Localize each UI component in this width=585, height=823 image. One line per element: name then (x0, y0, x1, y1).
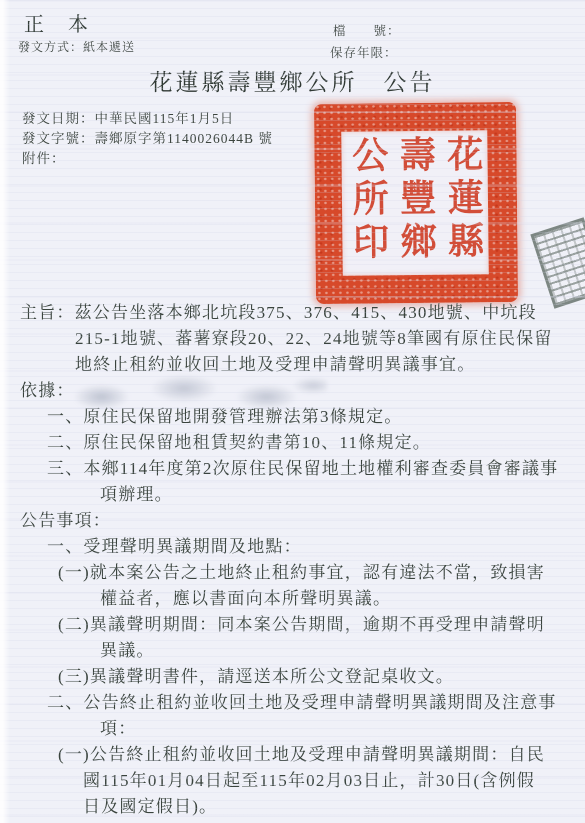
document-title: 花蓮縣壽豐鄉公所 公告 (0, 64, 585, 97)
basis-item: 二、原住民保留地租賃契約書第10、11條規定。 (20, 430, 571, 456)
retention-period-label: 保存年限： (330, 43, 398, 61)
matters-header: 公告事項： (20, 508, 571, 534)
matters-subitem: (二)異議聲明期間：同本案公告期間，逾期不再受理申請聲明 (20, 612, 571, 638)
matters-subitem: (一)就本案公告之土地終止租約事宜，認有違法不當，致損害 (20, 560, 571, 586)
matters-subitem-wrap: 異議。 (20, 638, 571, 664)
seal-inner-face: 花蓮縣壽豐鄉公所印 (341, 130, 488, 276)
basis-header: 依據： (20, 378, 571, 404)
basis-item-wrap: 項辦理。 (20, 482, 571, 508)
matters-subitem-wrap: 權益者，應以書面向本所聲明異議。 (20, 586, 571, 612)
seal-script-text: 花蓮縣壽豐鄉公所印 (343, 134, 487, 271)
matters-subitem: (一)公告終止租約並收回土地及受理申請聲明異議期間：自民 (20, 742, 571, 768)
issue-date: 發文日期：中華民國115年1月5日 (22, 107, 234, 127)
attachment-label: 附件： (22, 147, 66, 167)
basis-item: 三、本鄉114年度第2次原住民保留地土地權利審查委員會審議事 (20, 456, 571, 482)
file-number-label: 檔 號： (333, 21, 401, 39)
official-red-seal: 花蓮縣壽豐鄉公所印 (314, 102, 518, 304)
matters-subitem-wrap: 國115年01月04日起至115年02月03日止，計30日(含例假 (20, 768, 571, 794)
subject-line: 主旨：茲公告坐落本鄉北坑段375、376、415、430地號、中坑段 (20, 300, 571, 326)
document-number: 發文字號：壽鄉原字第1140026044B 號 (22, 127, 273, 147)
matters-subitem-wrap: 日及國定假日)。 (20, 794, 571, 820)
basis-item: 一、原住民保留地開發管理辦法第3條規定。 (20, 404, 571, 430)
delivery-method-label: 發文方式：紙本遞送 (18, 38, 135, 55)
scanned-announcement-page: 正 本 發文方式：紙本遞送 檔 號： 保存年限： 花蓮縣壽豐鄉公所 公告 發文日… (0, 0, 585, 823)
announcement-body: 主旨：茲公告坐落本鄉北坑段375、376、415、430地號、中坑段 215-1… (20, 300, 571, 820)
matters-item-wrap: 項： (20, 716, 571, 742)
matters-item: 一、受理聲明異議期間及地點： (20, 534, 571, 560)
matters-item: 二、公告終止租約並收回土地及受理申請聲明異議期間及注意事 (20, 690, 571, 716)
copy-type-label: 正 本 (24, 8, 90, 37)
subject-line: 地終止租約並收回土地及受理申請聲明異議事宜。 (20, 352, 571, 378)
subject-line: 215-1地號、蕃薯寮段20、22、24地號等8筆國有原住民保留 (20, 326, 571, 352)
matters-subitem: (三)異議聲明書件，請逕送本所公文登記桌收文。 (20, 664, 571, 690)
secondary-stamp (530, 217, 585, 308)
